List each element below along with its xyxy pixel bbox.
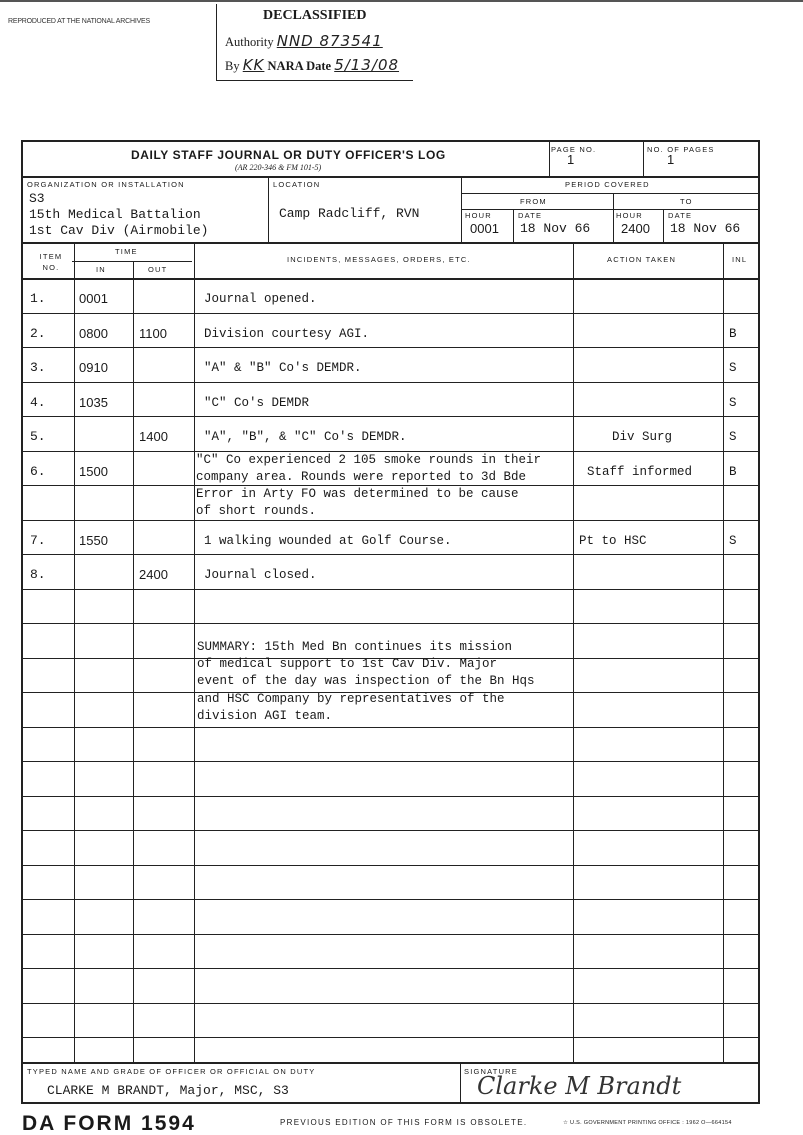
incident-text: "C" Co's DEMDR	[204, 395, 309, 412]
declassified-title: DECLASSIFIED	[263, 8, 366, 24]
incident-text: Journal opened.	[204, 291, 317, 308]
organization-value: S3 15th Medical Battalion 1st Cav Div (A…	[29, 191, 208, 239]
page-top-edge	[0, 0, 803, 2]
column-rule	[194, 242, 195, 1062]
item-number: 4.	[30, 395, 46, 410]
declassified-stamp: DECLASSIFIED Authority NND 873541 By KK …	[216, 4, 413, 81]
from-label: FROM	[520, 197, 547, 206]
summary-line: SUMMARY: 15th Med Bn continues its missi…	[197, 639, 512, 656]
authority-line: Authority NND 873541	[225, 32, 383, 50]
initials: S	[729, 533, 737, 550]
time-header: TIME	[115, 247, 138, 256]
time-out-header: OUT	[148, 265, 167, 274]
nara-date-value: 5/13/08	[334, 56, 399, 74]
time-in: 0910	[79, 360, 108, 375]
column-rule	[723, 242, 724, 1062]
column-rule	[573, 242, 574, 1062]
to-date-label: DATE	[668, 211, 692, 220]
initials: S	[729, 395, 737, 412]
column-rule	[133, 261, 134, 1062]
time-in: 1035	[79, 395, 108, 410]
incident-text: Error in Arty FO was determined to be ca…	[196, 486, 519, 503]
printing-office: ☆ U.S. GOVERNMENT PRINTING OFFICE : 1962…	[563, 1120, 732, 1126]
summary-line: event of the day was inspection of the B…	[197, 673, 535, 690]
to-hour-value: 2400	[621, 221, 650, 236]
no-of-pages-value: 1	[667, 152, 674, 167]
time-out: 1100	[139, 326, 167, 341]
location-value: Camp Radcliff, RVN	[279, 206, 419, 221]
initials: B	[729, 326, 737, 343]
incidents-header: INCIDENTS, MESSAGES, ORDERS, ETC.	[287, 255, 471, 264]
inl-header: INL	[732, 255, 747, 264]
item-number: 2.	[30, 326, 46, 341]
item-number: 3.	[30, 360, 46, 375]
organization-line: 1st Cav Div (Airmobile)	[29, 223, 208, 239]
to-label: TO	[680, 197, 693, 206]
incident-text: Division courtesy AGI.	[204, 326, 369, 343]
summary-line: division AGI team.	[197, 708, 332, 725]
organization-line: S3	[29, 191, 208, 207]
incident-text: "C" Co experienced 2 105 smoke rounds in…	[196, 452, 541, 469]
action-taken: Staff informed	[587, 464, 692, 481]
initials: B	[729, 464, 737, 481]
from-hour-label: HOUR	[465, 211, 492, 220]
time-out: 1400	[139, 429, 168, 444]
obsolete-note: PREVIOUS EDITION OF THIS FORM IS OBSOLET…	[280, 1118, 527, 1127]
time-in: 1550	[79, 533, 108, 548]
no-of-pages-label: NO. OF PAGES	[647, 145, 715, 154]
summary-line: of medical support to 1st Cav Div. Major	[197, 656, 497, 673]
time-in: 0001	[79, 291, 108, 306]
summary-line: and HSC Company by representatives of th…	[197, 691, 505, 708]
by-line: By KK NARA Date 5/13/08	[225, 56, 399, 74]
time-in-header: IN	[96, 265, 106, 274]
authority-label: Authority	[225, 35, 274, 49]
by-label: By	[225, 59, 240, 73]
incident-text: company area. Rounds were reported to 3d…	[196, 469, 526, 486]
item-number: 5.	[30, 429, 46, 444]
time-in: 0800	[79, 326, 108, 341]
time-out: 2400	[139, 567, 168, 582]
officer-name: CLARKE M BRANDT, Major, MSC, S3	[47, 1082, 289, 1099]
item-no-header: ITEM NO.	[35, 251, 67, 273]
item-number: 8.	[30, 567, 46, 582]
action-taken: Div Surg	[612, 429, 672, 446]
incident-text: "A", "B", & "C" Co's DEMDR.	[204, 429, 407, 446]
by-value: KK	[243, 56, 265, 74]
authority-value: NND 873541	[277, 32, 383, 50]
officer-label: TYPED NAME AND GRADE OF OFFICER OR OFFIC…	[27, 1067, 315, 1076]
reproduced-note: REPRODUCED AT THE NATIONAL ARCHIVES	[8, 18, 150, 25]
initials: S	[729, 429, 737, 446]
signature: Clarke M Brandt	[477, 1072, 681, 1100]
location-label: LOCATION	[273, 180, 320, 189]
organization-label: ORGANIZATION OR INSTALLATION	[27, 180, 185, 189]
from-hour-value: 0001	[470, 221, 499, 236]
item-number: 6.	[30, 464, 46, 479]
to-date-value: 18 Nov 66	[670, 221, 740, 236]
incident-text: Journal closed.	[204, 567, 317, 584]
page-no-value: 1	[567, 152, 574, 167]
incident-text: of short rounds.	[196, 503, 316, 520]
from-date-label: DATE	[518, 211, 542, 220]
form-id: DA FORM 1594	[22, 1112, 196, 1135]
incident-text: 1 walking wounded at Golf Course.	[204, 533, 452, 550]
action-taken-header: ACTION TAKEN	[607, 255, 676, 264]
column-rule	[74, 242, 75, 1062]
item-number: 1.	[30, 291, 46, 306]
incident-text: "A" & "B" Co's DEMDR.	[204, 360, 362, 377]
action-taken: Pt to HSC	[579, 533, 647, 550]
to-hour-label: HOUR	[616, 211, 643, 220]
form-title: DAILY STAFF JOURNAL OR DUTY OFFICER'S LO…	[131, 148, 446, 162]
nara-date-label: NARA Date	[268, 59, 332, 73]
from-date-value: 18 Nov 66	[520, 221, 590, 236]
period-covered-label: PERIOD COVERED	[565, 180, 650, 189]
item-number: 7.	[30, 533, 46, 548]
time-in: 1500	[79, 464, 108, 479]
form-subtitle: (AR 220-346 & FM 101-5)	[235, 163, 321, 172]
organization-line: 15th Medical Battalion	[29, 207, 208, 223]
journal-form: DAILY STAFF JOURNAL OR DUTY OFFICER'S LO…	[21, 140, 760, 1104]
initials: S	[729, 360, 737, 377]
